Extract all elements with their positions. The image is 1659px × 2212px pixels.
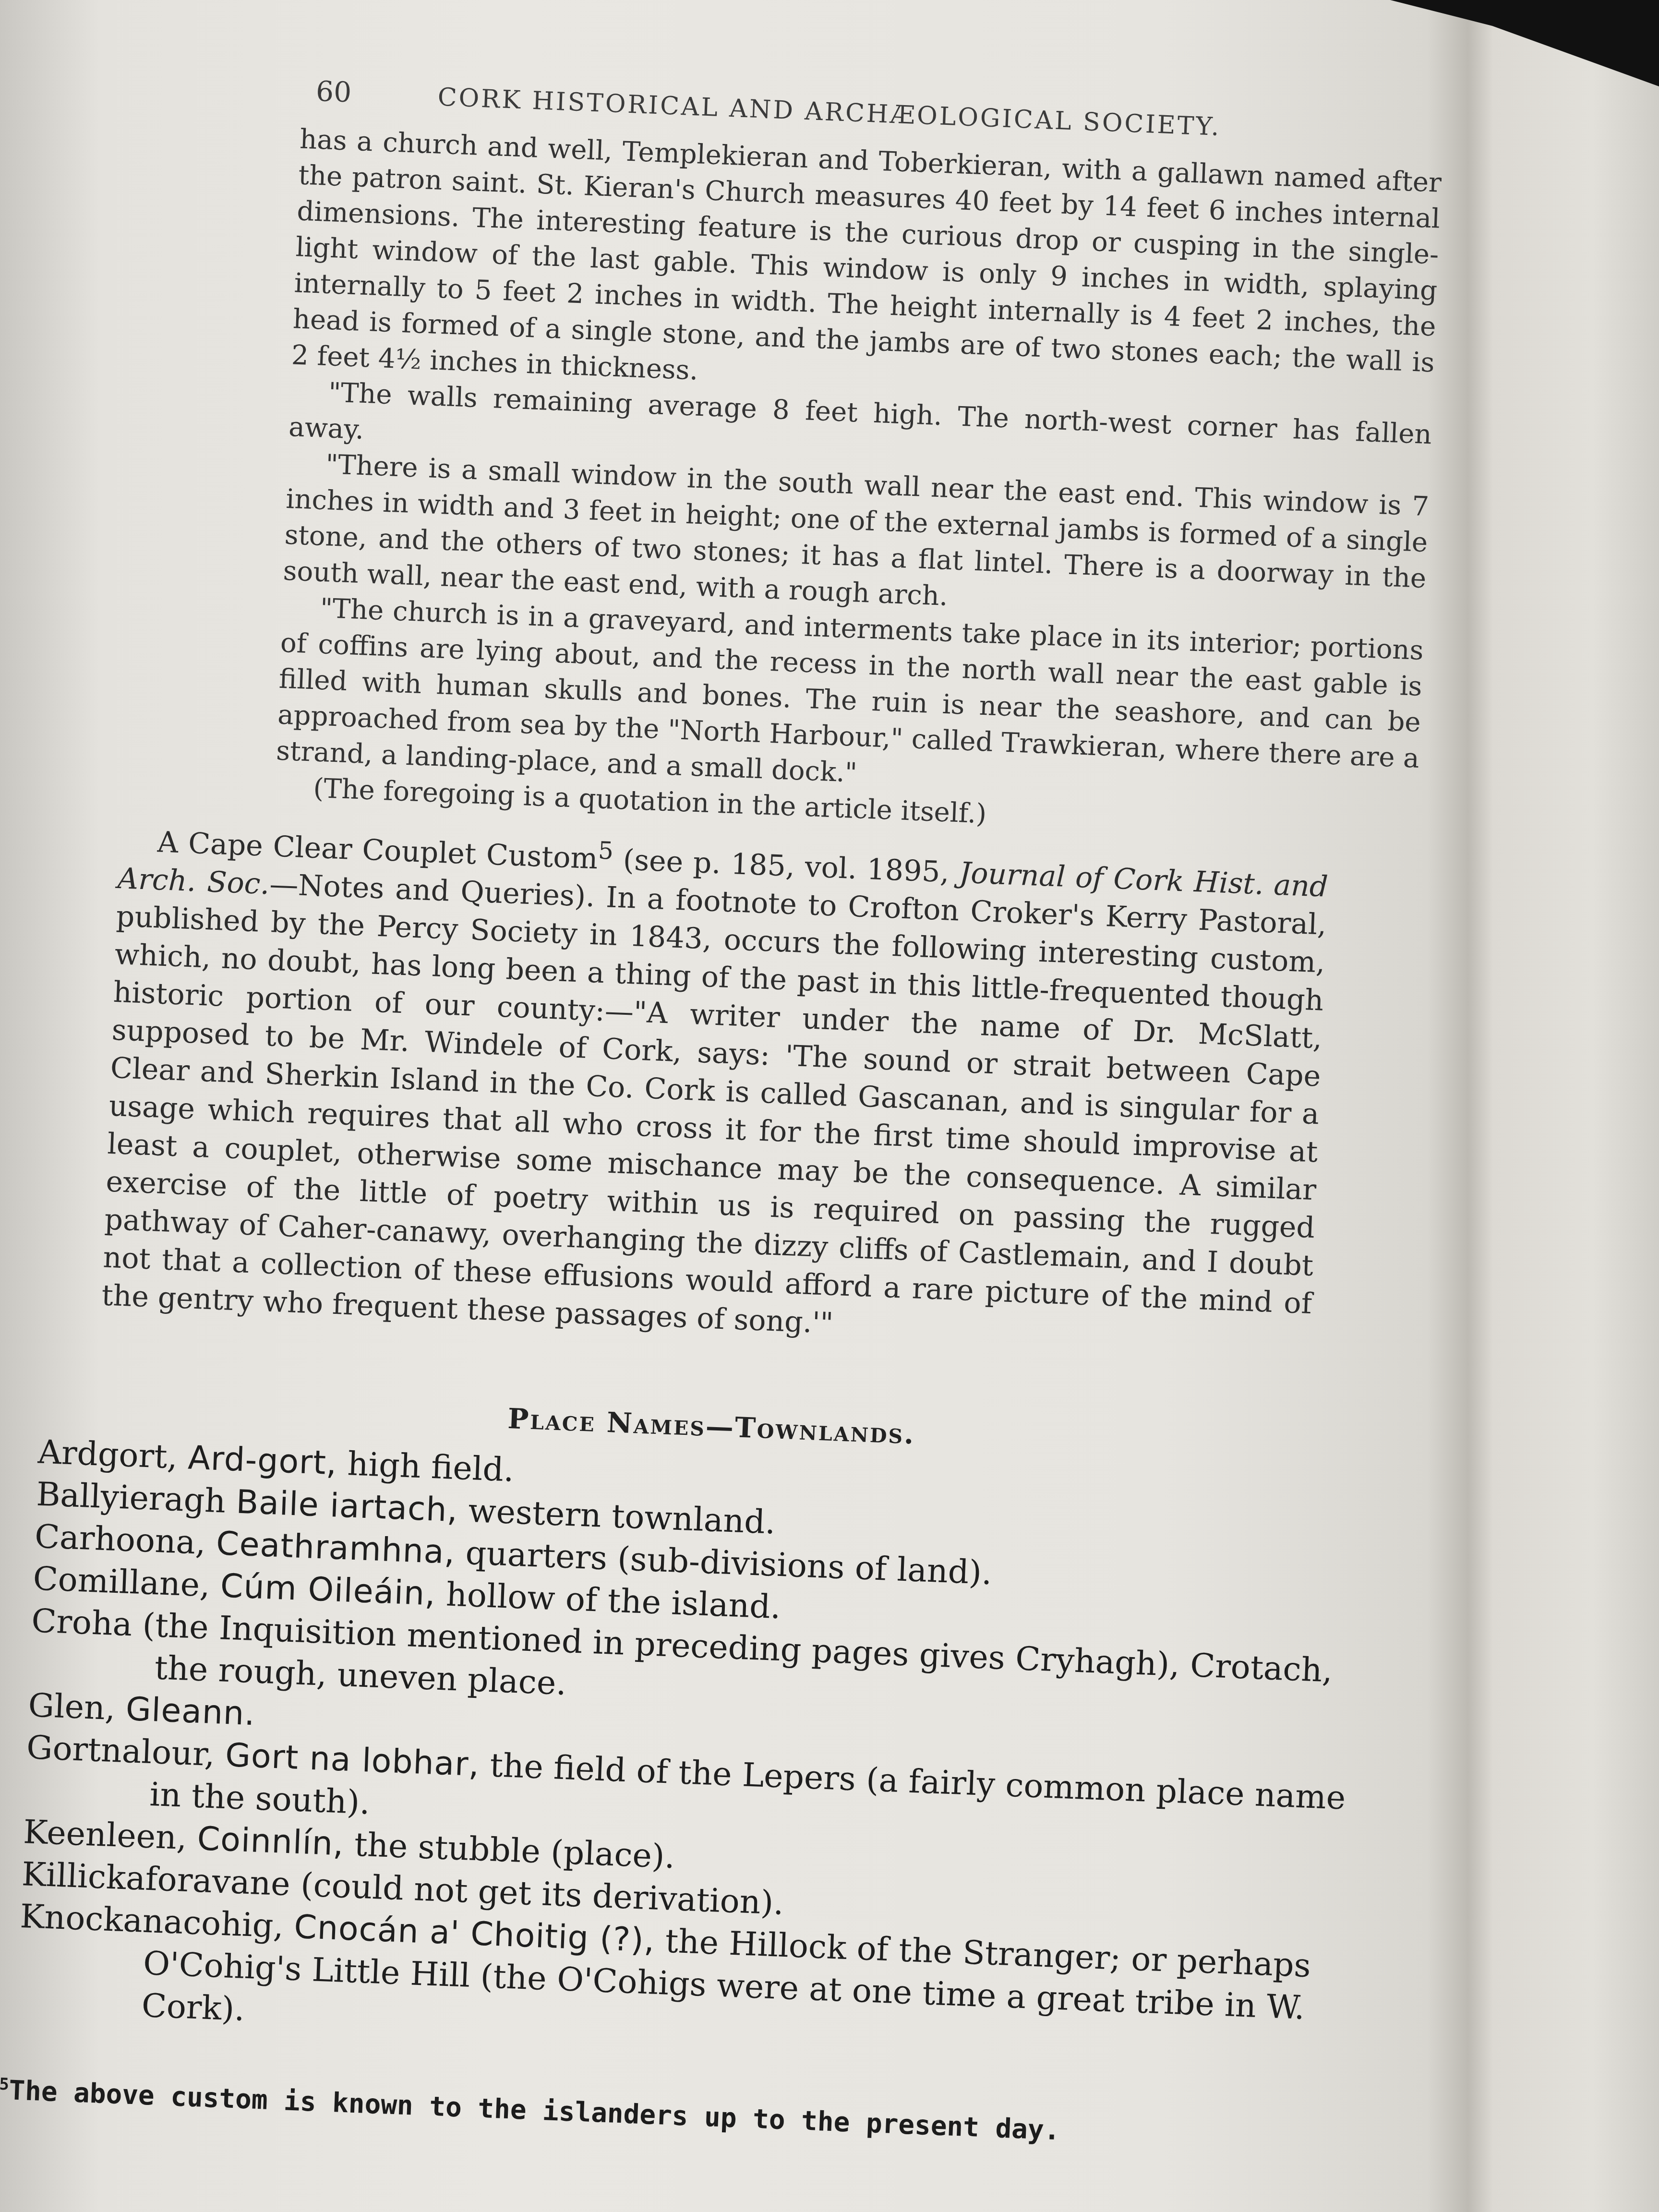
background-shadow <box>1390 0 1659 86</box>
page-number: 60 <box>315 75 352 109</box>
couplet-custom-paragraph: A Cape Clear Couplet Custom5 (see p. 185… <box>101 813 1329 1361</box>
book-page: 60 CORK HISTORICAL AND ARCHÆOLOGICAL SOC… <box>42 67 1406 2157</box>
place-names-list: Ardgort, Ard-gort, high field. Ballyiera… <box>16 1431 1382 2074</box>
footnote: 5The above custom is known to the island… <box>0 2074 1328 2156</box>
footnote-reference: 5 <box>598 836 614 865</box>
footnote-text: The above custom is known to the islande… <box>8 2075 1060 2146</box>
paragraph: has a church and well, Templekieran and … <box>291 121 1442 417</box>
custom-body: —Notes and Queries). In a footnote to Cr… <box>101 867 1327 1340</box>
quoted-description: has a church and well, Templekieran and … <box>274 121 1442 849</box>
footnote-marker: 5 <box>0 2075 10 2094</box>
